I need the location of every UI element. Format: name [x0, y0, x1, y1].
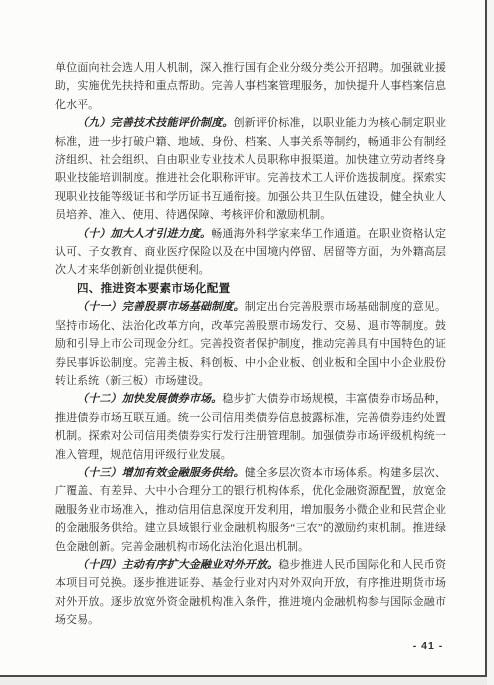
scan-margin-right	[487, 0, 494, 685]
item-body: 创新评价标准，以职业能力为核心制定职业标准，进一步打破户籍、地域、身份、档案、人…	[55, 117, 446, 221]
item-paragraph: （九）完善技术技能评价制度。创新评价标准，以职业能力为核心制定职业标准，进一步打…	[55, 114, 446, 224]
item-lead: （十一）完善股票市场基础制度。	[77, 301, 245, 313]
item-lead: （十）加大人才引进力度。	[77, 228, 211, 240]
item-paragraph: （十三）增加有效金融服务供给。健全多层次资本市场体系。构建多层次、广覆盖、有差异…	[55, 464, 446, 556]
section-heading: 四、推进资本要素市场化配置	[55, 280, 446, 298]
scanned-document-page: 单位面向社会选人用人机制，深入推行国有企业分级分类公开招聘。加强就业援助，实施优…	[0, 0, 494, 685]
document-text-block: 单位面向社会选人用人机制，深入推行国有企业分级分类公开招聘。加强就业援助，实施优…	[55, 59, 446, 630]
item-body: 制定出台完善股票市场基础制度的意见。坚持市场化、法治化改革方向，改革完善股票市场…	[55, 301, 446, 387]
item-paragraph: （十）加大人才引进力度。畅通海外科学家来华工作通道。在职业资格认定认可、子女教育…	[55, 225, 446, 280]
item-paragraph: （十四）主动有序扩大金融业对外开放。稳步推进人民币国际化和人民币资本项目可兑换。…	[55, 556, 446, 630]
item-lead: （九）完善技术技能评价制度。	[77, 117, 234, 129]
item-lead: （十三）增加有效金融服务供给。	[77, 467, 245, 479]
item-lead: （十四）主动有序扩大金融业对外开放。	[77, 559, 278, 571]
item-body: 健全多层次资本市场体系。构建多层次、广覆盖、有差异、大中小合理分工的银行机构体系…	[55, 467, 446, 553]
item-paragraph: （十二）加快发展债券市场。稳步扩大债券市场规模，丰富债券市场品种，推进债券市场互…	[55, 390, 446, 464]
page-edge-bottom-line	[0, 675, 487, 677]
paragraph-continuation: 单位面向社会选人用人机制，深入推行国有企业分级分类公开招聘。加强就业援助，实施优…	[55, 59, 446, 114]
scan-margin-bottom	[0, 677, 487, 685]
page-edge-right-line	[485, 0, 487, 677]
item-lead: （十二）加快发展债券市场。	[77, 393, 222, 405]
page-number: - 41 -	[403, 640, 453, 652]
item-paragraph: （十一）完善股票市场基础制度。制定出台完善股票市场基础制度的意见。坚持市场化、法…	[55, 298, 446, 390]
